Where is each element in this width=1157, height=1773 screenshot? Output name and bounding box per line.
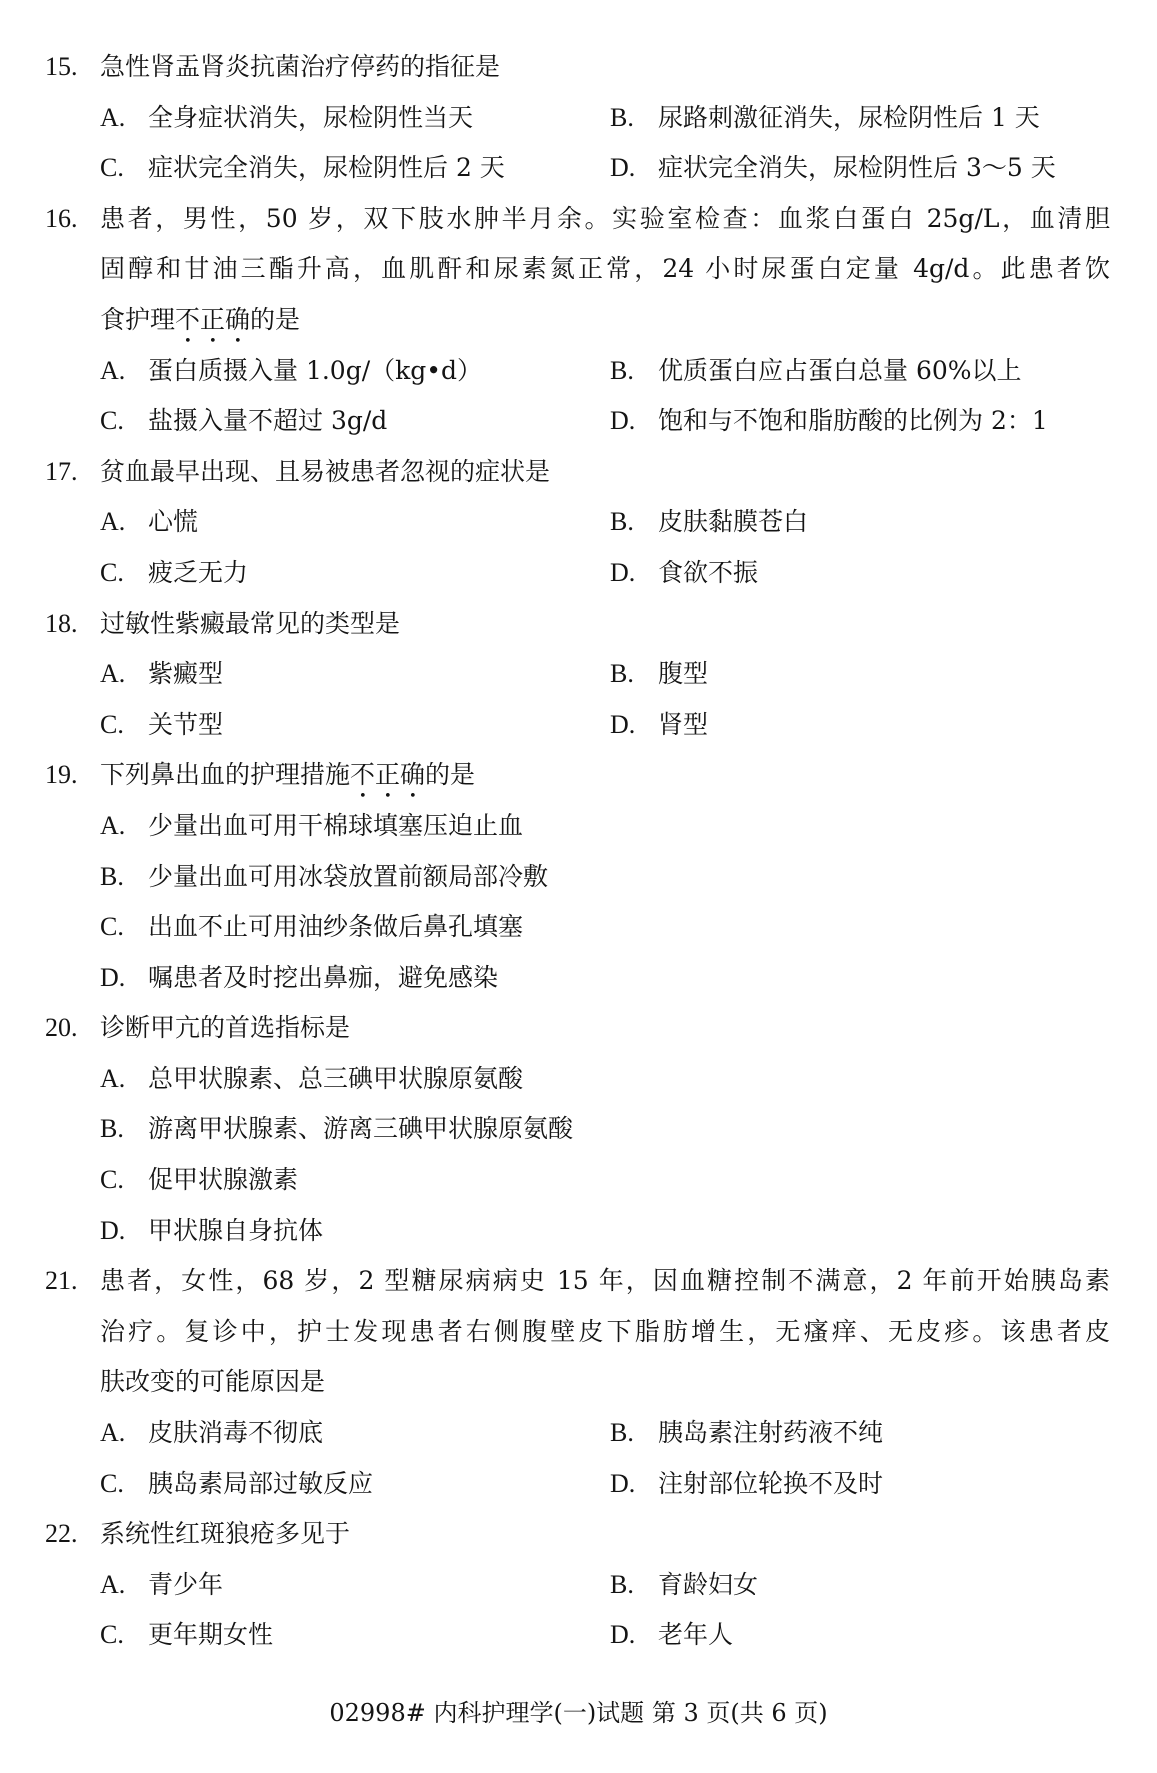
question-text: 固醇和甘油三酯升高，血肌酐和尿素氮正常，24 小时尿蛋白定量 4g/d。此患者饮 bbox=[100, 244, 1110, 295]
options-row: D.甲状腺自身抗体 bbox=[0, 1206, 1157, 1257]
options-row: A.皮肤消毒不彻底 B.胰岛素注射药液不纯 bbox=[0, 1408, 1157, 1459]
question-number: 18. bbox=[45, 599, 78, 650]
question-number: 15. bbox=[45, 42, 78, 93]
option-c: C.盐摄入量不超过 3g/d bbox=[100, 396, 387, 447]
question-text: 过敏性紫癜最常见的类型是 bbox=[100, 599, 1110, 650]
option-b: B.腹型 bbox=[610, 649, 708, 700]
question-19-stem: 19. 下列鼻出血的护理措施不正确的是 bbox=[0, 750, 1157, 801]
options-row: A.心慌 B.皮肤黏膜苍白 bbox=[0, 497, 1157, 548]
option-d: D.甲状腺自身抗体 bbox=[100, 1206, 323, 1257]
question-16-stem: 16. 患者，男性，50 岁，双下肢水肿半月余。实验室检查：血浆白蛋白 25g/… bbox=[0, 194, 1157, 245]
question-number: 16. bbox=[45, 194, 78, 245]
option-d: D.嘱患者及时挖出鼻痂，避免感染 bbox=[100, 953, 498, 1004]
option-c: C.关节型 bbox=[100, 700, 223, 751]
options-row: B.少量出血可用冰袋放置前额局部冷敷 bbox=[0, 852, 1157, 903]
question-20-stem: 20. 诊断甲亢的首选指标是 bbox=[0, 1003, 1157, 1054]
option-d: D.症状完全消失，尿检阴性后 3～5 天 bbox=[610, 143, 1056, 194]
question-text: 患者，女性，68 岁，2 型糖尿病病史 15 年，因血糖控制不满意，2 年前开始… bbox=[100, 1256, 1110, 1307]
question-number: 19. bbox=[45, 750, 78, 801]
question-text: 肤改变的可能原因是 bbox=[100, 1357, 1110, 1408]
option-d: D.老年人 bbox=[610, 1610, 733, 1661]
question-number: 20. bbox=[45, 1003, 78, 1054]
question-16-stem-cont: 食护理不正确的是 bbox=[0, 295, 1157, 346]
option-a: A.蛋白质摄入量 1.0g/（kg•d） bbox=[100, 346, 482, 397]
options-row: A.少量出血可用干棉球填塞压迫止血 bbox=[0, 801, 1157, 852]
question-21-stem-cont: 肤改变的可能原因是 bbox=[0, 1357, 1157, 1408]
option-c: C.症状完全消失，尿检阴性后 2 天 bbox=[100, 143, 505, 194]
option-a: A.皮肤消毒不彻底 bbox=[100, 1408, 323, 1459]
options-row: C.症状完全消失，尿检阴性后 2 天 D.症状完全消失，尿检阴性后 3～5 天 bbox=[0, 143, 1157, 194]
option-a: A.少量出血可用干棉球填塞压迫止血 bbox=[100, 801, 523, 852]
options-row: C.关节型 D.肾型 bbox=[0, 700, 1157, 751]
options-row: C.促甲状腺激素 bbox=[0, 1155, 1157, 1206]
option-b: B.游离甲状腺素、游离三碘甲状腺原氨酸 bbox=[100, 1104, 573, 1155]
option-d: D.饱和与不饱和脂肪酸的比例为 2：1 bbox=[610, 396, 1048, 447]
options-row: C.盐摄入量不超过 3g/d D.饱和与不饱和脂肪酸的比例为 2：1 bbox=[0, 396, 1157, 447]
question-text: 下列鼻出血的护理措施不正确的是 bbox=[100, 750, 1110, 804]
question-text: 治疗。复诊中，护士发现患者右侧腹壁皮下脂肪增生，无瘙痒、无皮疹。该患者皮 bbox=[100, 1307, 1110, 1358]
option-d: D.肾型 bbox=[610, 700, 708, 751]
option-d: D.注射部位轮换不及时 bbox=[610, 1459, 883, 1510]
option-b: B.育龄妇女 bbox=[610, 1560, 758, 1611]
option-b: B.皮肤黏膜苍白 bbox=[610, 497, 808, 548]
option-b: B.优质蛋白应占蛋白总量 60%以上 bbox=[610, 346, 1022, 397]
options-row: D.嘱患者及时挖出鼻痂，避免感染 bbox=[0, 953, 1157, 1004]
option-b: B.少量出血可用冰袋放置前额局部冷敷 bbox=[100, 852, 548, 903]
options-row: A.紫癜型 B.腹型 bbox=[0, 649, 1157, 700]
options-row: A.青少年 B.育龄妇女 bbox=[0, 1560, 1157, 1611]
page-footer: 02998# 内科护理学(一)试题 第 3 页(共 6 页) bbox=[0, 1688, 1157, 1738]
options-row: C.出血不止可用油纱条做后鼻孔填塞 bbox=[0, 902, 1157, 953]
option-b: B.胰岛素注射药液不纯 bbox=[610, 1408, 883, 1459]
options-row: A.总甲状腺素、总三碘甲状腺原氨酸 bbox=[0, 1054, 1157, 1105]
emphasis-text: 不正确 bbox=[350, 760, 425, 789]
question-18-stem: 18. 过敏性紫癜最常见的类型是 bbox=[0, 599, 1157, 650]
option-b: B.尿路刺激征消失，尿检阴性后 1 天 bbox=[610, 93, 1040, 144]
question-17-stem: 17. 贫血最早出现、且易被患者忽视的症状是 bbox=[0, 447, 1157, 498]
option-a: A.紫癜型 bbox=[100, 649, 223, 700]
option-a: A.青少年 bbox=[100, 1560, 223, 1611]
question-text: 贫血最早出现、且易被患者忽视的症状是 bbox=[100, 447, 1110, 498]
question-text: 患者，男性，50 岁，双下肢水肿半月余。实验室检查：血浆白蛋白 25g/L，血清… bbox=[100, 194, 1110, 245]
option-a: A.总甲状腺素、总三碘甲状腺原氨酸 bbox=[100, 1054, 523, 1105]
option-c: C.促甲状腺激素 bbox=[100, 1155, 298, 1206]
option-c: C.更年期女性 bbox=[100, 1610, 273, 1661]
question-15-stem: 15. 急性肾盂肾炎抗菌治疗停药的指征是 bbox=[0, 42, 1157, 93]
options-row: B.游离甲状腺素、游离三碘甲状腺原氨酸 bbox=[0, 1104, 1157, 1155]
question-number: 17. bbox=[45, 447, 78, 498]
options-row: C.更年期女性 D.老年人 bbox=[0, 1610, 1157, 1661]
option-c: C.疲乏无力 bbox=[100, 548, 248, 599]
question-22-stem: 22. 系统性红斑狼疮多见于 bbox=[0, 1509, 1157, 1560]
emphasis-text: 不正确 bbox=[175, 305, 250, 334]
question-number: 21. bbox=[45, 1256, 78, 1307]
question-number: 22. bbox=[45, 1509, 78, 1560]
option-a: A.全身症状消失，尿检阴性当天 bbox=[100, 93, 473, 144]
question-16-stem-cont: 固醇和甘油三酯升高，血肌酐和尿素氮正常，24 小时尿蛋白定量 4g/d。此患者饮 bbox=[0, 244, 1157, 295]
question-21-stem: 21. 患者，女性，68 岁，2 型糖尿病病史 15 年，因血糖控制不满意，2 … bbox=[0, 1256, 1157, 1307]
options-row: A.蛋白质摄入量 1.0g/（kg•d） B.优质蛋白应占蛋白总量 60%以上 bbox=[0, 346, 1157, 397]
question-text: 系统性红斑狼疮多见于 bbox=[100, 1509, 1110, 1560]
exam-page: 15. 急性肾盂肾炎抗菌治疗停药的指征是 A.全身症状消失，尿检阴性当天 B.尿… bbox=[0, 42, 1157, 1661]
question-text: 诊断甲亢的首选指标是 bbox=[100, 1003, 1110, 1054]
option-a: A.心慌 bbox=[100, 497, 198, 548]
options-row: A.全身症状消失，尿检阴性当天 B.尿路刺激征消失，尿检阴性后 1 天 bbox=[0, 93, 1157, 144]
options-row: C.胰岛素局部过敏反应 D.注射部位轮换不及时 bbox=[0, 1459, 1157, 1510]
option-c: C.胰岛素局部过敏反应 bbox=[100, 1459, 373, 1510]
question-text: 急性肾盂肾炎抗菌治疗停药的指征是 bbox=[100, 42, 1110, 93]
option-c: C.出血不止可用油纱条做后鼻孔填塞 bbox=[100, 902, 523, 953]
option-d: D.食欲不振 bbox=[610, 548, 758, 599]
question-21-stem-cont: 治疗。复诊中，护士发现患者右侧腹壁皮下脂肪增生，无瘙痒、无皮疹。该患者皮 bbox=[0, 1307, 1157, 1358]
question-text: 食护理不正确的是 bbox=[100, 295, 1110, 349]
options-row: C.疲乏无力 D.食欲不振 bbox=[0, 548, 1157, 599]
